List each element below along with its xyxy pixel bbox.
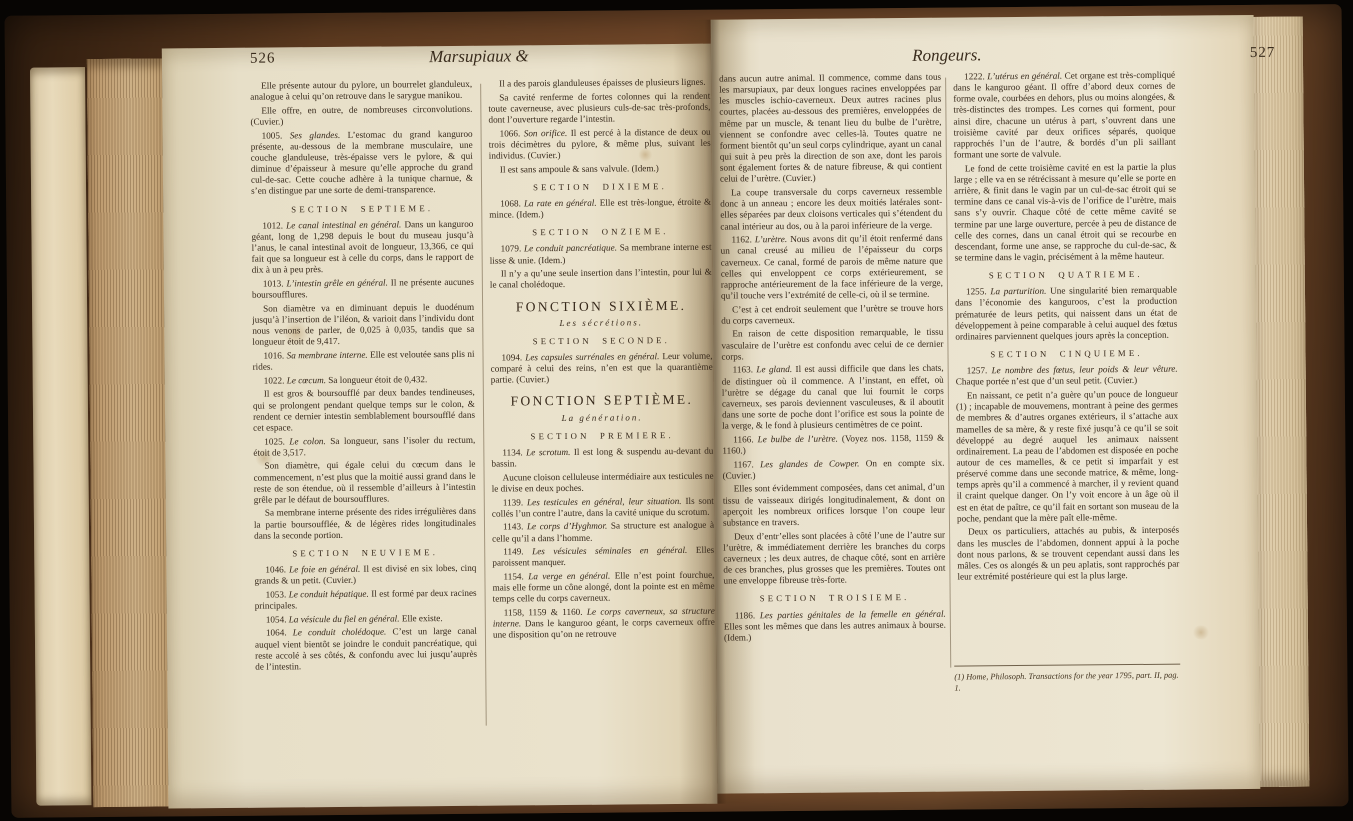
paragraph: SECTION PREMIERE. — [491, 429, 713, 442]
item-number: 1046. — [265, 564, 289, 574]
item-number: 1255. — [966, 287, 990, 297]
item-title: La vésicule du fiel en général. — [289, 613, 402, 624]
paragraph: 1066.Son orifice.Il est percé à la dista… — [489, 126, 711, 161]
paragraph: En raison de cette disposition remarquab… — [721, 327, 943, 362]
paragraph: 1025.Le colon.Sa longueur, sans l’isoler… — [253, 434, 475, 458]
paragraph-text: En raison de cette disposition remarquab… — [721, 327, 943, 361]
paragraph-text: SECTION SEPTIEME. — [291, 203, 433, 214]
item-number: 1166. — [733, 434, 757, 444]
paragraph: Son diamètre va en diminuant depuis le d… — [252, 302, 474, 349]
paragraph: 1079.Le conduit pancréatique.Sa membrane… — [490, 242, 712, 266]
item-title: La rate en général. — [524, 198, 600, 209]
item-number: 1079. — [501, 244, 524, 254]
running-title-left: Marsupiaux & — [250, 45, 708, 69]
paragraph-text: Son diamètre va en diminuant depuis le d… — [252, 302, 474, 347]
paragraph: 1186.Les parties génitales de la femelle… — [724, 608, 946, 643]
paragraph-text: Les sécrétions. — [559, 317, 643, 328]
paragraph: 1257.Le nombre des fœtus, leur poids & l… — [956, 364, 1178, 388]
item-title: La verge en général. — [528, 571, 615, 582]
item-title: Le gland. — [756, 364, 795, 374]
paragraph: 1046.Le foie en général.Il est divisé en… — [254, 563, 476, 587]
paragraph-text: Cet organe est très-compliqué dans le ka… — [953, 70, 1176, 160]
paragraph: 1054.La vésicule du fiel en général.Elle… — [255, 612, 477, 625]
paragraph-text: Aucune cloison celluleuse intermédiaire … — [492, 470, 714, 493]
page-number-right: 527 — [1250, 45, 1276, 62]
item-title: Ses glandes. — [290, 129, 348, 140]
paragraph-text: SECTION DIXIEME. — [533, 181, 667, 192]
paragraph: Il est sans ampoule & sans valvule. (Ide… — [489, 162, 711, 175]
paragraph: C’est à cet endroit seulement que l’urèt… — [721, 302, 943, 326]
paragraph-text: Il est sans ampoule & sans valvule. (Ide… — [500, 163, 659, 174]
paragraph-text: Sa cavité renferme de fortes colonnes qu… — [488, 90, 710, 124]
item-title: Le bulbe de l’urètre. — [758, 433, 842, 444]
paragraph-text: Deux os particuliers, attachés au pubis,… — [957, 525, 1179, 582]
item-title: Le conduit hépatique. — [289, 589, 372, 600]
item-number: 1016. — [263, 350, 286, 360]
paragraph-text: FONCTION SEPTIÈME. — [510, 392, 693, 409]
item-number: 1134. — [502, 447, 526, 457]
item-title: La parturition. — [990, 286, 1050, 297]
paragraph-text: SECTION SECONDE. — [533, 335, 670, 346]
item-title: Le nombre des fœtus, leur poids & leur v… — [992, 364, 1178, 376]
paragraph: 1163.Le gland.Il est aussi difficile que… — [722, 363, 945, 432]
item-number: 1005. — [262, 130, 290, 140]
paragraph: 1162.L’urètre.Nous avons dit qu’il étoit… — [720, 233, 943, 302]
paragraph-text: Il a des parois glanduleuses épaisses de… — [499, 77, 706, 89]
paragraph-text: Son diamètre, qui égale celui du cœcum d… — [254, 459, 476, 504]
paragraph-text: FONCTION SIXIÈME. — [516, 297, 687, 313]
item-number: 1222. — [964, 71, 987, 81]
item-title: Le conduit cholédoque. — [293, 627, 393, 638]
paragraph: 1154.La verge en général.Elle n’est poin… — [492, 570, 714, 605]
paragraph-text: Elle existe. — [402, 613, 443, 623]
paragraph-text: SECTION ONZIEME. — [532, 226, 668, 237]
paragraph: La coupe transversale du corps caverneux… — [720, 186, 942, 233]
item-title: Les vésicules séminales en général. — [532, 545, 696, 556]
item-number: 1139. — [503, 497, 527, 507]
text-column-3: dans aucun autre animal. Il commence, co… — [719, 72, 946, 646]
paragraph: 1222.L’utérus en général.Cet organe est … — [953, 70, 1176, 161]
paragraph: 1143.Le corps d’Hyghmor.Sa structure est… — [492, 520, 714, 544]
paragraph-text: Elles sont les mêmes que dans les autres… — [724, 619, 946, 642]
item-title: Les parties génitales de la femelle en g… — [760, 608, 946, 620]
paragraph: Sa cavité renferme de fortes colonnes qu… — [488, 90, 710, 125]
paragraph-text: La génération. — [562, 412, 643, 423]
item-number: 1064. — [266, 628, 293, 638]
item-number: 1054. — [266, 614, 289, 624]
item-number: 1066. — [500, 128, 524, 138]
paragraph: FONCTION SEPTIÈME. — [491, 394, 713, 407]
paragraph: 1167.Les glandes de Cowper.On en compte … — [722, 457, 944, 481]
item-number: 1158, 1159 & 1160. — [504, 607, 587, 618]
text-column-2: Il a des parois glanduleuses épaisses de… — [488, 77, 715, 644]
item-number: 1053. — [266, 589, 289, 599]
item-title: Les capsules surrénales en général. — [525, 351, 662, 362]
paragraph: 1012.Le canal intestinal en général.Dans… — [251, 218, 473, 276]
item-number: 1012. — [262, 220, 286, 230]
paragraph: Sa membrane interne présente des rides i… — [254, 506, 476, 541]
paragraph-text: SECTION CINQUIEME. — [990, 348, 1142, 359]
paragraph-text: SECTION QUATRIEME. — [989, 269, 1143, 280]
item-title: Sa membrane interne. — [287, 350, 371, 361]
paragraph: 1149.Les vésicules séminales en général.… — [492, 545, 714, 569]
paragraph: 1068.La rate en général.Elle est très-lo… — [489, 197, 711, 221]
item-number: 1094. — [501, 352, 525, 362]
item-title: Les testicules en général, leur situatio… — [527, 495, 686, 506]
paragraph-text: Elle offre, en outre, de nombreuses circ… — [250, 104, 472, 127]
paragraph: 1013.L’intestin grêle en général.Il ne p… — [252, 277, 474, 301]
item-number: 1257. — [967, 365, 992, 375]
paragraph: SECTION ONZIEME. — [489, 226, 711, 239]
running-title-right: Rongeurs. — [719, 44, 1175, 68]
paragraph: SECTION DIXIEME. — [489, 180, 711, 193]
item-title: Le cœcum. — [287, 375, 329, 385]
paragraph: Il a des parois glanduleuses épaisses de… — [488, 77, 710, 90]
paragraph: Il n’y a qu’une seule insertion dans l’i… — [490, 267, 712, 291]
paragraph: 1053.Le conduit hépatique.Il est formé p… — [255, 588, 477, 612]
item-title: L’urètre. — [755, 234, 790, 244]
item-number: 1022. — [264, 375, 287, 385]
item-title: L’intestin grêle en général. — [286, 277, 390, 288]
page-edges-right — [1253, 17, 1310, 787]
item-number: 1068. — [500, 198, 524, 208]
paragraph: Elle offre, en outre, de nombreuses circ… — [250, 104, 472, 128]
text-column-4: 1222.L’utérus en général.Cet organe est … — [953, 70, 1179, 586]
paragraph-text: Il n’y a qu’une seule insertion dans l’i… — [490, 267, 712, 290]
item-number: 1025. — [264, 436, 289, 446]
paragraph-text: SECTION TROISIEME. — [760, 592, 910, 603]
paragraph-text: Sa longueur étoit de 0,432. — [328, 374, 427, 385]
footnote: (1) Home, Philosoph. Transactions for th… — [954, 664, 1180, 694]
paragraph: Elle présente autour du pylore, un bourr… — [250, 79, 472, 103]
paragraph: SECTION QUATRIEME. — [955, 269, 1177, 282]
paragraph: 1094.Les capsules surrénales en général.… — [490, 351, 712, 386]
item-title: Le conduit pancréatique. — [524, 243, 620, 254]
paragraph: SECTION CINQUIEME. — [955, 348, 1177, 361]
paragraph-text: C’est à cet endroit seulement que l’urèt… — [721, 302, 943, 325]
paragraph-text: Elle présente autour du pylore, un bourr… — [250, 79, 472, 102]
paragraph: 1022.Le cœcum.Sa longueur étoit de 0,432… — [253, 374, 475, 387]
item-title: Son orifice. — [524, 128, 571, 138]
item-title: Les glandes de Cowper. — [760, 458, 866, 469]
item-title: Le canal intestinal en général. — [286, 219, 404, 230]
paragraph: Deux d’entr’elles sont placées à côté l’… — [723, 529, 945, 587]
paragraph-text: Sa membrane interne présente des rides i… — [254, 506, 476, 540]
paragraph: Aucune cloison celluleuse intermédiaire … — [492, 470, 714, 494]
item-title: L’utérus en général. — [987, 71, 1064, 82]
paragraph: 1166.Le bulbe de l’urètre.(Voyez nos. 11… — [722, 433, 944, 457]
paragraph-text: La coupe transversale du corps caverneux… — [720, 186, 942, 231]
item-title: Le scrotum. — [526, 447, 574, 457]
paragraph: 1255.La parturition.Une singularité bien… — [955, 285, 1177, 343]
paragraph: Les sécrétions. — [490, 316, 712, 329]
paragraph: 1134.Le scrotum.Il est long & suspendu a… — [491, 446, 713, 470]
item-title: Le corps d’Hyghmor. — [527, 521, 611, 532]
paragraph-text: Chaque portée n’est que d’un seul petit.… — [956, 375, 1137, 387]
paragraph-text: Le fond de cette troisième cavité en est… — [954, 161, 1177, 262]
item-number: 1154. — [503, 571, 528, 581]
item-number: 1167. — [733, 459, 760, 469]
paragraph-text: Deux d’entr’elles sont placées à côté l’… — [723, 529, 945, 586]
paragraph: La génération. — [491, 411, 713, 424]
paragraph: 1064.Le conduit cholédoque.C’est un larg… — [255, 626, 477, 673]
item-number: 1013. — [263, 278, 287, 288]
page-edges-left — [87, 58, 172, 807]
item-title: Le foie en général. — [289, 564, 363, 575]
paragraph: Deux os particuliers, attachés au pubis,… — [957, 525, 1179, 583]
paragraph-text: Dans le kanguroo géant, le corps caverne… — [493, 617, 715, 640]
book-spread: 526 Marsupiaux & Rongeurs. 527 Elle prés… — [0, 0, 1353, 821]
foxing-spot — [1192, 625, 1210, 639]
paragraph: En naissant, ce petit n’a guère qu’un po… — [956, 389, 1179, 525]
paragraph-text: SECTION NEUVIEME. — [292, 547, 438, 558]
paragraph: 1005.Ses glandes.L’estomac du grand kang… — [251, 128, 474, 197]
paragraph: Il est gros & boursoufflé par deux bande… — [253, 387, 475, 434]
paragraph: SECTION SECONDE. — [490, 334, 712, 347]
item-number: 1143. — [503, 522, 527, 532]
paragraph-text: dans aucun autre animal. Il commence, co… — [719, 72, 942, 184]
paragraph: 1139.Les testicules en général, leur sit… — [492, 495, 714, 519]
paragraph-text: Il est gros & boursoufflé par deux bande… — [253, 387, 475, 432]
paragraph-text: En naissant, ce petit n’a guère qu’un po… — [956, 389, 1179, 524]
paragraph: Son diamètre, qui égale celui du cœcum d… — [253, 459, 475, 506]
item-number: 1163. — [733, 365, 757, 375]
paragraph: SECTION TROISIEME. — [724, 592, 946, 605]
paragraph: SECTION NEUVIEME. — [254, 547, 476, 560]
item-title: Le colon. — [289, 436, 330, 446]
paragraph-text: Elles sont évidemment composées, dans ce… — [723, 482, 945, 527]
paragraph: dans aucun autre animal. Il commence, co… — [719, 72, 942, 185]
item-number: 1186. — [735, 610, 760, 620]
text-column-1: Elle présente autour du pylore, un bourr… — [250, 79, 477, 675]
paragraph-text: SECTION PREMIERE. — [530, 430, 673, 441]
paragraph: FONCTION SIXIÈME. — [490, 299, 712, 312]
paragraph: Elles sont évidemment composées, dans ce… — [723, 482, 945, 529]
page-edges-left-outer — [30, 67, 91, 805]
item-number: 1162. — [731, 234, 754, 244]
item-number: 1149. — [503, 546, 532, 556]
paragraph: 1016.Sa membrane interne.Elle est velout… — [252, 349, 474, 373]
paragraph: SECTION SEPTIEME. — [251, 202, 473, 215]
paragraph: 1158, 1159 & 1160.Le corps caverneux, sa… — [493, 606, 715, 641]
paragraph: Le fond de cette troisième cavité en est… — [954, 161, 1177, 263]
